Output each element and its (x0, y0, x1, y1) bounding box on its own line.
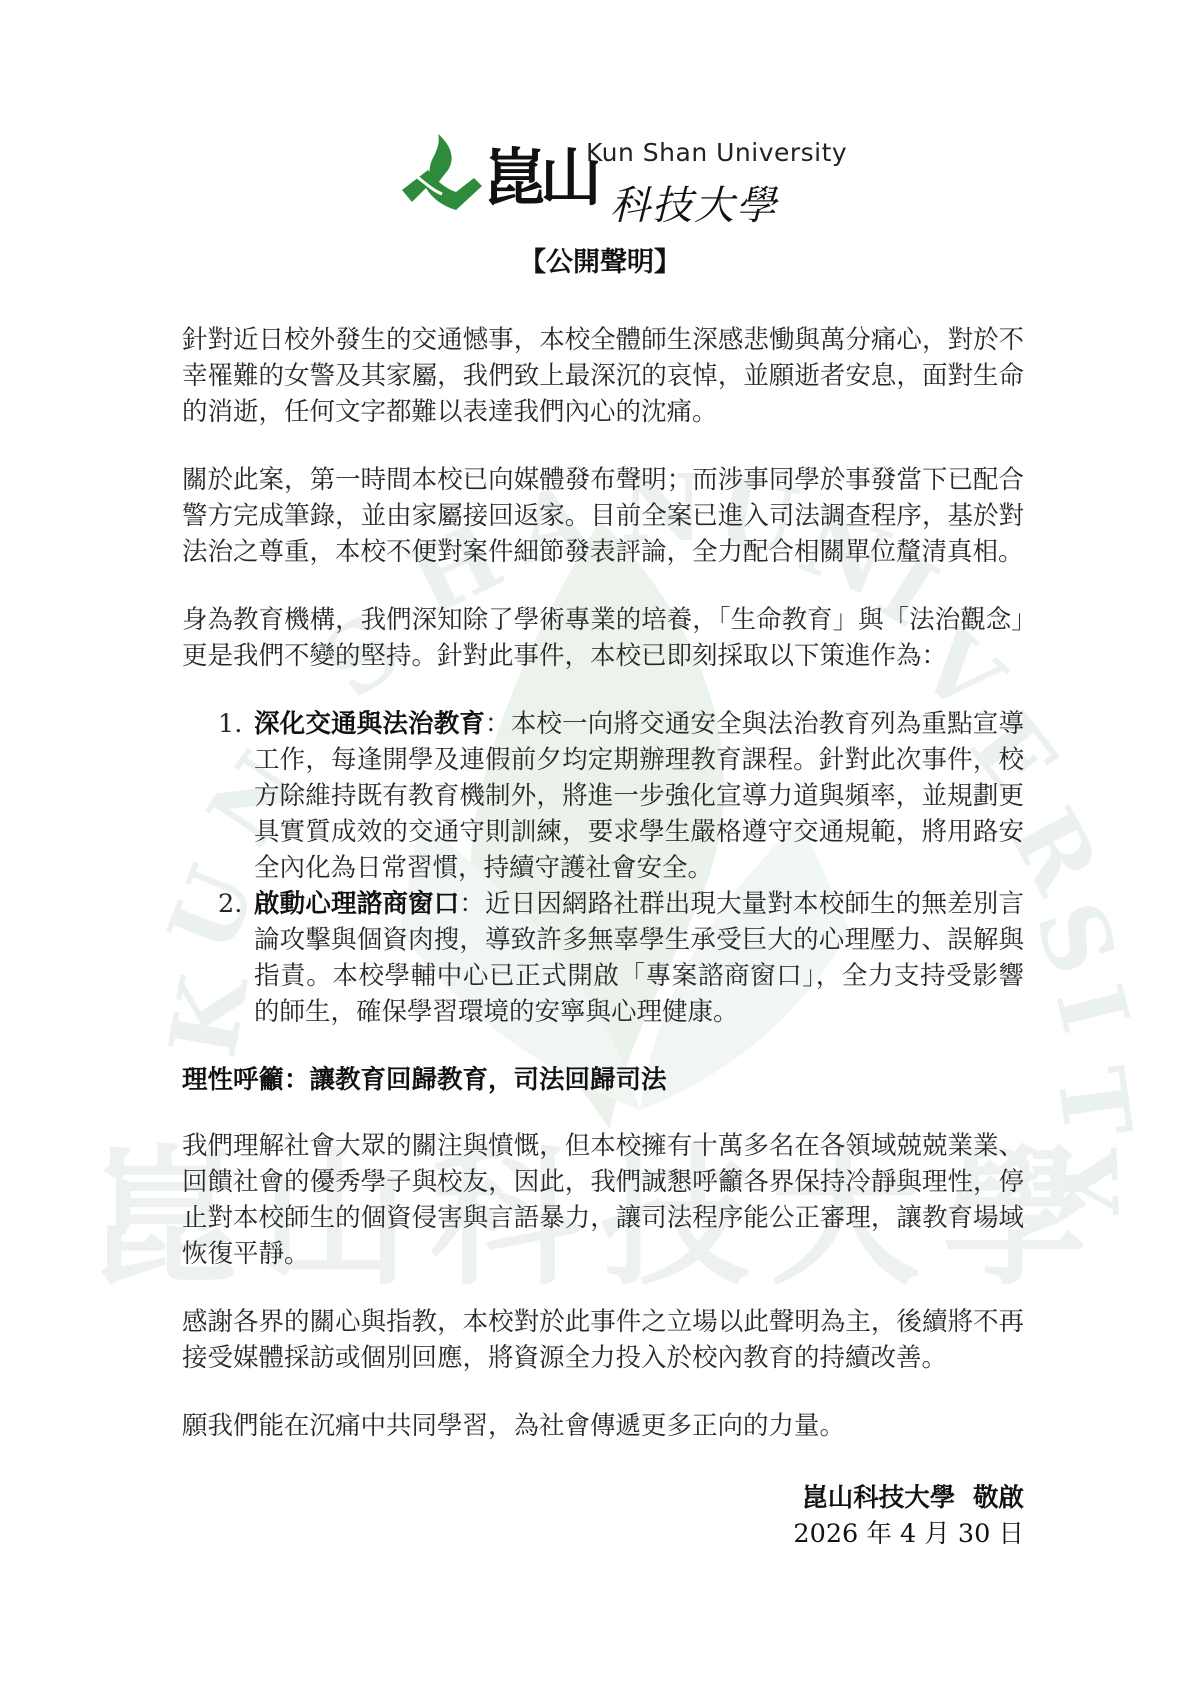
list-item: 1.深化交通與法治教育：本校一向將交通安全與法治教育列為重點宣導工作，每逢開學及… (182, 706, 1024, 886)
paragraph: 感謝各界的關心與指教，本校對於此事件之立場以此聲明為主，後續將不再接受媒體採訪或… (182, 1304, 1024, 1376)
university-logo: 崑山 Kun Shan University 科技大學 (398, 128, 808, 228)
list-item-lead: 深化交通與法治教育 (254, 709, 485, 739)
signature-block: 崑山科技大學 敬啟 2026 年 4 月 30 日 (793, 1480, 1024, 1552)
signature-date: 2026 年 4 月 30 日 (793, 1516, 1024, 1552)
list-item: 2.啟動心理諮商窗口：近日因網路社群出現大量對本校師生的無差別言論攻擊與個資肉搜… (182, 886, 1024, 1030)
ksu-leaf-logo-icon (398, 130, 482, 220)
logo-cn-subtitle: 科技大學 (610, 174, 778, 231)
paragraph: 願我們能在沉痛中共同學習，為社會傳遞更多正向的力量。 (182, 1408, 1024, 1444)
logo-cn-name: 崑山 (484, 128, 596, 217)
logo-en-name: Kun Shan University (586, 138, 847, 167)
watermark-letter: S (1014, 889, 1138, 988)
paragraph: 我們理解社會大眾的關注與憤慨，但本校擁有十萬多名在各領域兢兢業業、回饋社會的優秀… (182, 1128, 1024, 1272)
measures-list: 1.深化交通與法治教育：本校一向將交通安全與法治教育列為重點宣導工作，每逢開學及… (182, 706, 1024, 1030)
paragraph: 關於此案，第一時間本校已向媒體發布聲明；而涉事同學於事發當下已配合警方完成筆錄，… (182, 462, 1024, 570)
list-number: 2. (218, 886, 242, 922)
statement-body: 針對近日校外發生的交通憾事，本校全體師生深感悲慟與萬分痛心，對於不幸罹難的女警及… (182, 322, 1024, 1476)
appeal-heading: 理性呼籲：讓教育回歸教育，司法回歸司法 (182, 1062, 1024, 1098)
page-title: 【公開聲明】 (0, 240, 1200, 279)
list-number: 1. (218, 706, 242, 742)
paragraph: 身為教育機構，我們深知除了學術專業的培養，「生命教育」與「法治觀念」更是我們不變… (182, 602, 1024, 674)
watermark-letter: Y (1027, 1147, 1137, 1219)
list-item-lead: 啟動心理諮商窗口 (254, 889, 459, 919)
watermark-letter: I (1034, 975, 1149, 1043)
paragraph: 針對近日校外發生的交通憾事，本校全體師生深感悲慟與萬分痛心，對於不幸罹難的女警及… (182, 322, 1024, 430)
watermark-letter: T (1036, 1061, 1152, 1144)
signature-org: 崑山科技大學 敬啟 (793, 1480, 1024, 1516)
